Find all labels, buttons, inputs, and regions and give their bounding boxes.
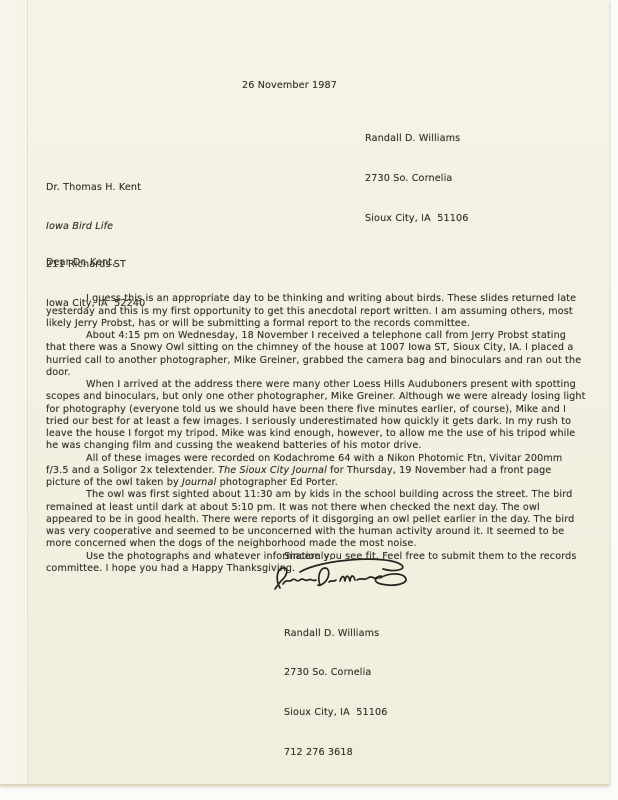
signature-phone: 712 276 3618 (284, 746, 388, 759)
signature-city: Sioux City, IA 51106 (284, 706, 388, 719)
letter-date: 26 November 1987 (242, 80, 337, 92)
letter-body: Dear Dr. Kent, I guess this is an approp… (46, 232, 586, 575)
paragraph: All of these images were recorded on Kod… (46, 453, 586, 490)
scanned-letter-page: 26 November 1987 Randall D. Williams 273… (0, 0, 618, 800)
recipient-name: Dr. Thomas H. Kent (46, 182, 145, 195)
sender-street: 2730 So. Cornelia (365, 172, 469, 185)
salutation: Dear Dr. Kent, (46, 257, 586, 269)
sender-name: Randall D. Williams (365, 132, 469, 145)
paragraph: The owl was first sighted about 11:30 am… (46, 489, 586, 550)
handwritten-signature (270, 556, 420, 600)
paper-fold-line (27, 0, 28, 786)
signature-address-block: Randall D. Williams 2730 So. Cornelia Si… (284, 600, 388, 786)
signature-name: Randall D. Williams (284, 627, 388, 640)
signature-street: 2730 So. Cornelia (284, 666, 388, 679)
sender-city: Sioux City, IA 51106 (365, 212, 469, 225)
paragraph: About 4:15 pm on Wednesday, 18 November … (46, 330, 586, 379)
paper-left-edge (0, 0, 27, 786)
signature-image (270, 556, 420, 596)
sender-address-block: Randall D. Williams 2730 So. Cornelia Si… (365, 105, 469, 252)
paragraph: When I arrived at the address there were… (46, 379, 586, 453)
paragraph: I guess this is an appropriate day to be… (46, 293, 586, 330)
